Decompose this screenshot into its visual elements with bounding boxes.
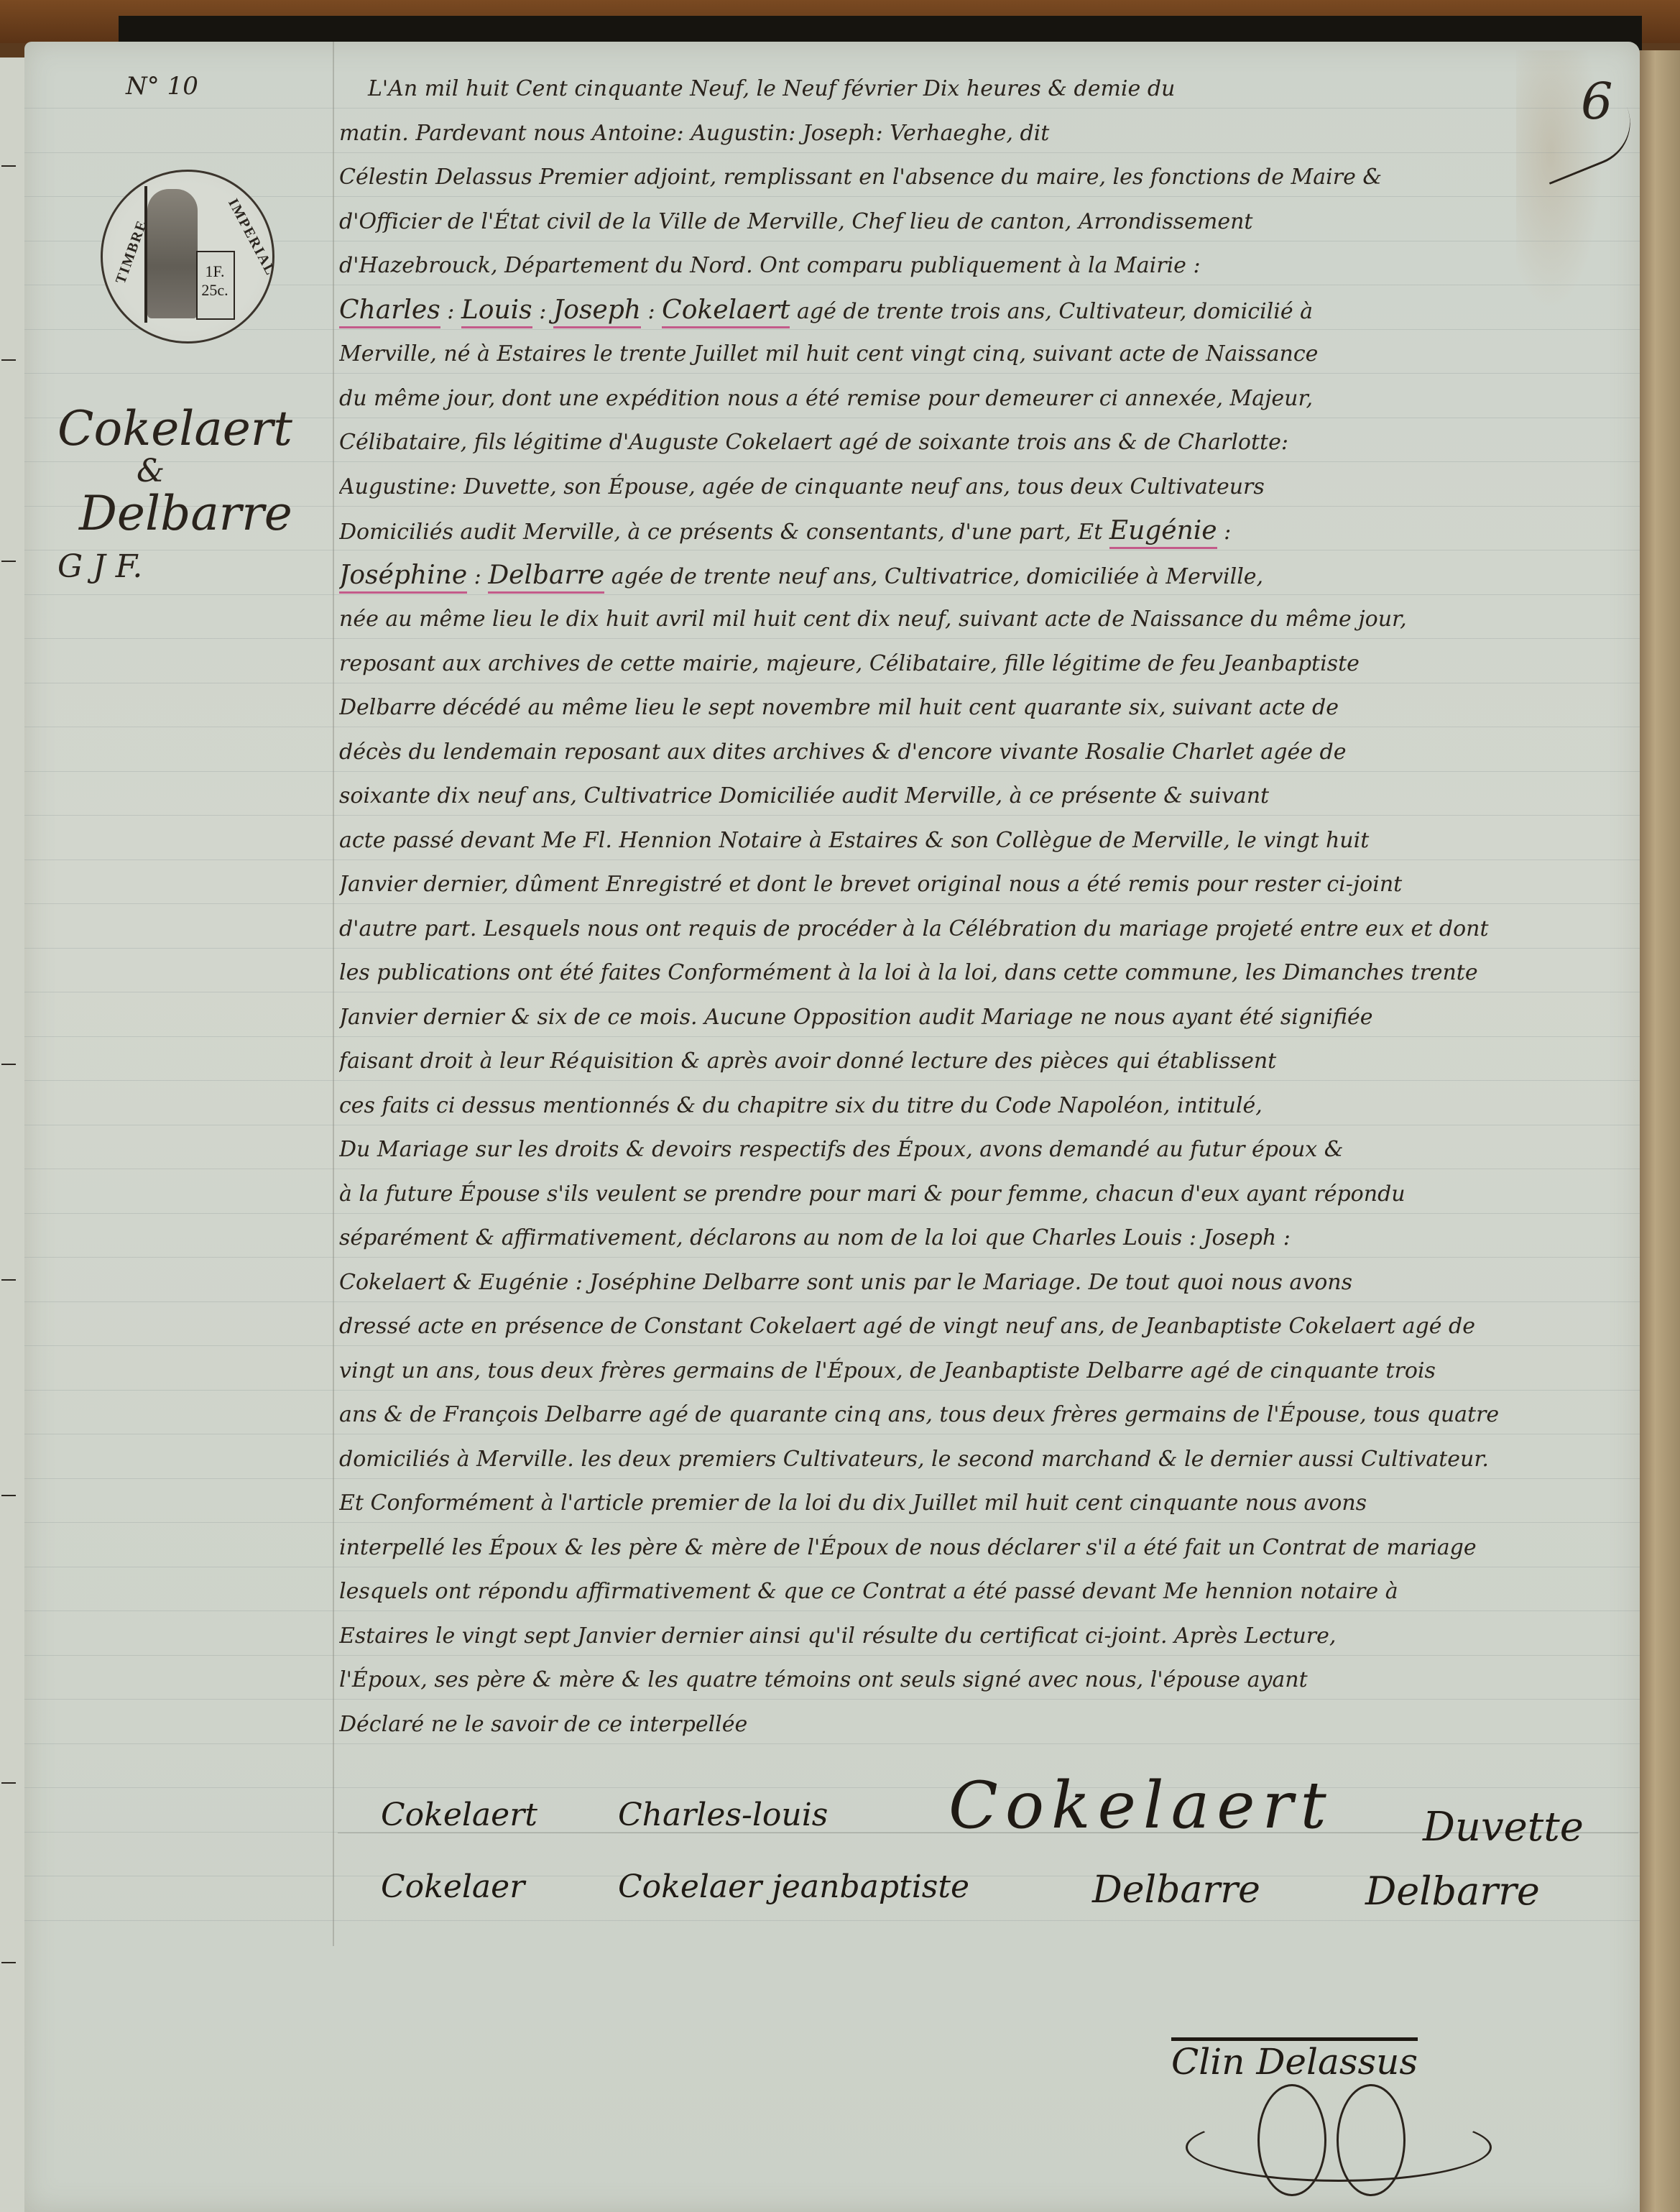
record-line: Delbarre décédé au même lieu le sept nov… — [339, 692, 1633, 737]
record-line: matin. Pardevant nous Antoine: Augustin:… — [339, 118, 1633, 162]
record-line: Estaires le vingt sept Janvier dernier a… — [339, 1621, 1633, 1665]
record-line: L'An mil huit Cent cinquante Neuf, le Ne… — [339, 73, 1633, 118]
entry-number: N° 10 — [126, 72, 198, 101]
page-stack-edge — [1638, 50, 1680, 2212]
underlined-name: Delbarre — [488, 561, 604, 594]
record-line: interpellé les Époux & les père & mère d… — [339, 1532, 1633, 1577]
record-line: d'Officier de l'État civil de la Ville d… — [339, 206, 1633, 251]
officer-paraph-loop — [1337, 2084, 1406, 2196]
underlined-name: Charles — [339, 295, 440, 328]
record-line: Janvier dernier & six de ce mois. Aucune… — [339, 1002, 1633, 1046]
record-line: reposant aux archives de cette mairie, m… — [339, 648, 1633, 693]
record-line: ans & de François Delbarre agé de quaran… — [339, 1399, 1633, 1444]
record-line: Augustine: Duvette, son Épouse, agée de … — [339, 471, 1633, 516]
stamp-value: 1F. 25c. — [195, 262, 235, 300]
record-line: Célibataire, fils légitime d'Auguste Cok… — [339, 427, 1633, 471]
signature-charles-louis: Charles-louis — [618, 1797, 828, 1833]
record-line: l'Époux, ses père & mère & les quatre té… — [339, 1664, 1633, 1709]
record-line: Merville, né à Estaires le trente Juille… — [339, 338, 1633, 383]
signature-groom: Cokelaert — [381, 1797, 537, 1833]
signature-officer: Clin Delassus — [1171, 2041, 1418, 2083]
record-line: du même jour, dont une expédition nous a… — [339, 383, 1633, 428]
record-line: séparément & affirmativement, déclarons … — [339, 1222, 1633, 1267]
imperial-tax-stamp: 1F. 25c. TIMBRE IMPERIAL — [101, 170, 274, 344]
record-line: les publications ont été faites Conformé… — [339, 957, 1633, 1002]
ruled-line — [24, 1787, 1640, 1788]
underlined-name: Eugénie — [1109, 516, 1217, 549]
record-line: dressé acte en présence de Constant Coke… — [339, 1311, 1633, 1355]
record-line: Du Mariage sur les droits & devoirs resp… — [339, 1134, 1633, 1179]
record-line: Joséphine : Delbarre agée de trente neuf… — [339, 560, 1633, 604]
underlined-name: Joseph — [553, 295, 641, 328]
record-line: lesquels ont répondu affirmativement & q… — [339, 1576, 1633, 1621]
margin-conjunction: & — [137, 456, 292, 487]
record-line: faisant droit à leur Réquisition & après… — [339, 1046, 1633, 1090]
record-line: Cokelaert & Eugénie : Joséphine Delbarre… — [339, 1267, 1633, 1312]
record-line: Déclaré ne le savoir de ce interpellée — [339, 1709, 1633, 1754]
record-line: décès du lendemain reposant aux dites ar… — [339, 737, 1633, 781]
record-line: Janvier dernier, dûment Enregistré et do… — [339, 869, 1633, 913]
record-line: soixante dix neuf ans, Cultivatrice Domi… — [339, 780, 1633, 825]
record-line: vingt un ans, tous deux frères germains … — [339, 1355, 1633, 1400]
margin-bride-surname: Delbarre — [79, 487, 292, 540]
justice-figure-icon — [147, 189, 198, 318]
record-line: d'autre part. Lesquels nous ont requis d… — [339, 913, 1633, 958]
record-line: Charles : Louis : Joseph : Cokelaert agé… — [339, 295, 1633, 339]
signature-witness-1: Cokelaer — [381, 1868, 525, 1905]
record-line: Célestin Delassus Premier adjoint, rempl… — [339, 162, 1633, 206]
record-line: d'Hazebrouck, Département du Nord. Ont c… — [339, 250, 1633, 295]
underlined-name: Louis — [461, 295, 532, 328]
margin-initials: G J F. — [57, 540, 292, 594]
record-line: née au même lieu le dix huit avril mil h… — [339, 604, 1633, 648]
record-line: ces faits ci dessus mentionnés & du chap… — [339, 1090, 1633, 1135]
signature-witness-2: Cokelaer jeanbaptiste — [618, 1868, 969, 1905]
record-line: acte passé devant Me Fl. Hennion Notaire… — [339, 825, 1633, 870]
record-line: Et Conformément à l'article premier de l… — [339, 1488, 1633, 1532]
signature-witness-4: Delbarre — [1365, 1868, 1540, 1914]
underlined-name: Cokelaert — [662, 295, 790, 328]
record-line: Domiciliés audit Merville, à ce présents… — [339, 515, 1633, 560]
margin-annotation: Cokelaert & Delbarre G J F. — [57, 402, 292, 594]
marriage-record-text: L'An mil huit Cent cinquante Neuf, le Ne… — [339, 73, 1633, 1753]
record-line: à la future Épouse s'ils veulent se pren… — [339, 1179, 1633, 1223]
margin-groom-surname: Cokelaert — [57, 401, 292, 456]
margin-rule — [333, 42, 334, 1946]
signature-mother: Duvette — [1423, 1804, 1584, 1851]
signature-witness-3: Delbarre — [1092, 1868, 1260, 1912]
underlined-name: Joséphine — [339, 561, 467, 594]
record-line: domiciliés à Merville. les deux premiers… — [339, 1444, 1633, 1488]
signature-father: Cokelaert — [949, 1768, 1334, 1843]
officer-paraph-loop — [1257, 2084, 1326, 2196]
